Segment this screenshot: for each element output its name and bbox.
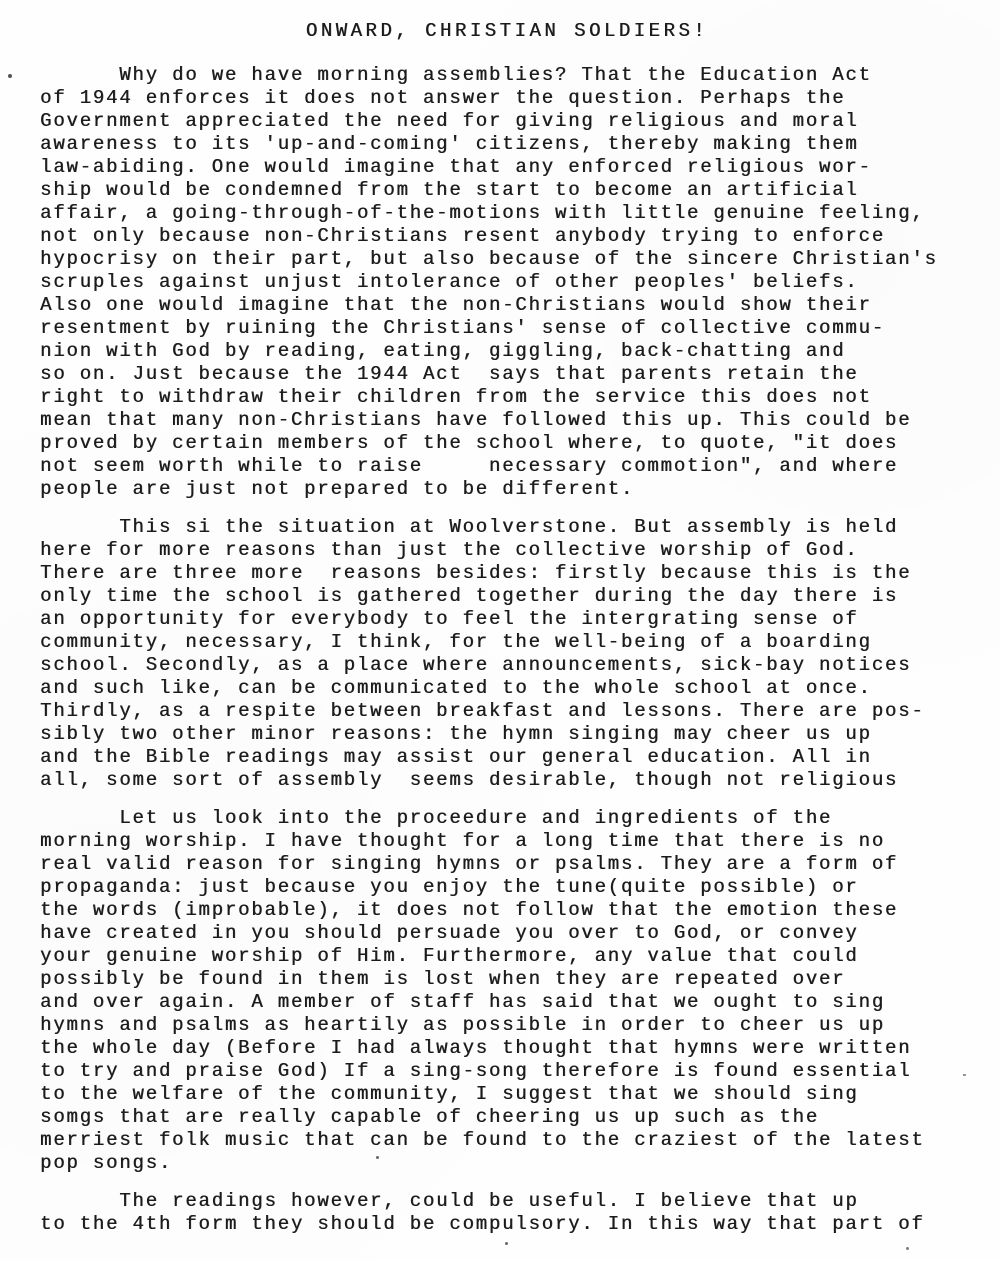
scan-speck [906,1247,909,1250]
document-body: Why do we have morning assemblies? That … [40,64,974,1236]
scan-speck [963,1074,966,1076]
paragraph-situation-woolverstone: This si the situation at Woolverstone. B… [40,516,974,792]
paragraph-readings: The readings however, could be useful. I… [40,1190,974,1236]
document-page: ONWARD, CHRISTIAN SOLDIERS! Why do we ha… [0,0,1000,1261]
paragraph-why-assemblies: Why do we have morning assemblies? That … [40,64,974,501]
scan-speck [505,1242,508,1245]
scan-speck [376,1156,379,1159]
scan-speck [8,74,12,78]
paragraph-procedure-ingredients: Let us look into the proceedure and ingr… [40,807,974,1175]
document-title: ONWARD, CHRISTIAN SOLDIERS! [40,20,974,42]
